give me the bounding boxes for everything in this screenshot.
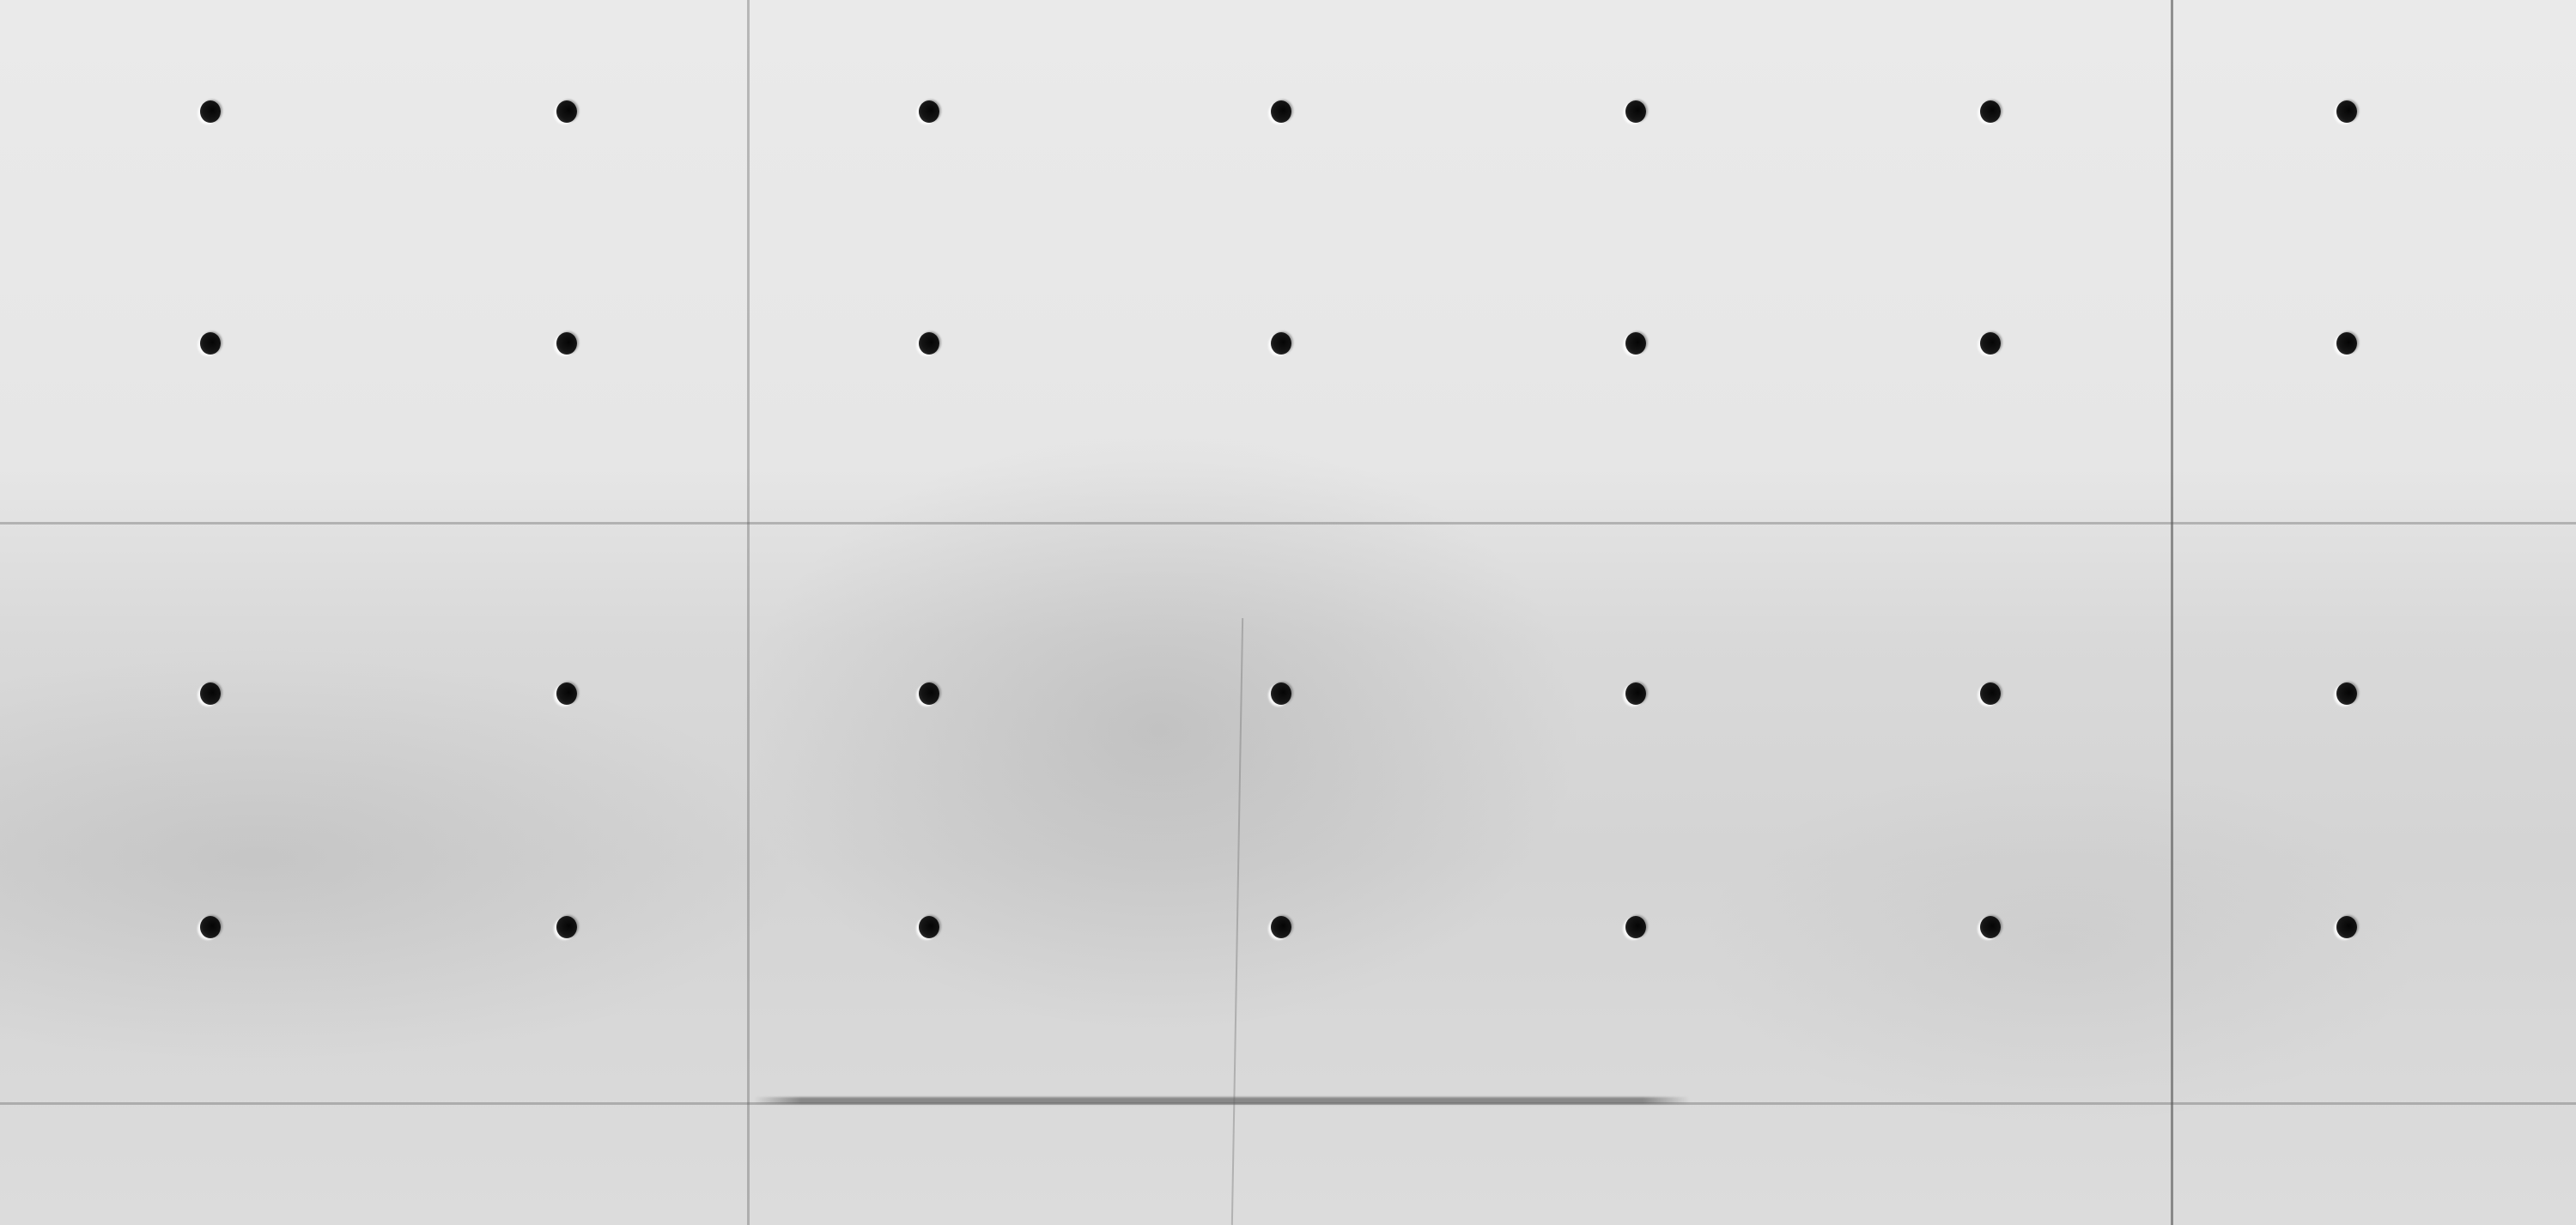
vertical-seam [747, 0, 750, 1225]
tie-hole [1271, 682, 1291, 705]
tie-hole [556, 100, 577, 123]
tie-hole [2336, 916, 2357, 938]
tie-hole [200, 100, 221, 123]
tie-hole [1625, 332, 1646, 355]
tie-hole [1625, 916, 1646, 938]
tie-hole [1271, 916, 1291, 938]
tie-hole [1980, 916, 2001, 938]
tie-hole [200, 332, 221, 355]
tie-hole [1625, 682, 1646, 705]
tie-hole [919, 682, 939, 705]
vertical-seam [2171, 0, 2173, 1225]
tie-hole [556, 332, 577, 355]
tie-hole [1980, 332, 2001, 355]
concrete-wall [0, 0, 2576, 1225]
tie-hole [2336, 332, 2357, 355]
tie-hole [919, 916, 939, 938]
tie-hole [919, 100, 939, 123]
tie-hole [200, 916, 221, 938]
seam-stain [754, 1097, 1690, 1104]
tie-hole [919, 332, 939, 355]
crack [1231, 618, 1243, 1225]
tie-hole [200, 682, 221, 705]
tie-hole [1271, 100, 1291, 123]
horizontal-seam [0, 522, 2576, 525]
tie-hole [1980, 682, 2001, 705]
tie-hole [1625, 100, 1646, 123]
tie-hole [556, 682, 577, 705]
tie-hole [2336, 100, 2357, 123]
tie-hole [556, 916, 577, 938]
tie-hole [2336, 682, 2357, 705]
tie-hole [1271, 332, 1291, 355]
tie-hole [1980, 100, 2001, 123]
